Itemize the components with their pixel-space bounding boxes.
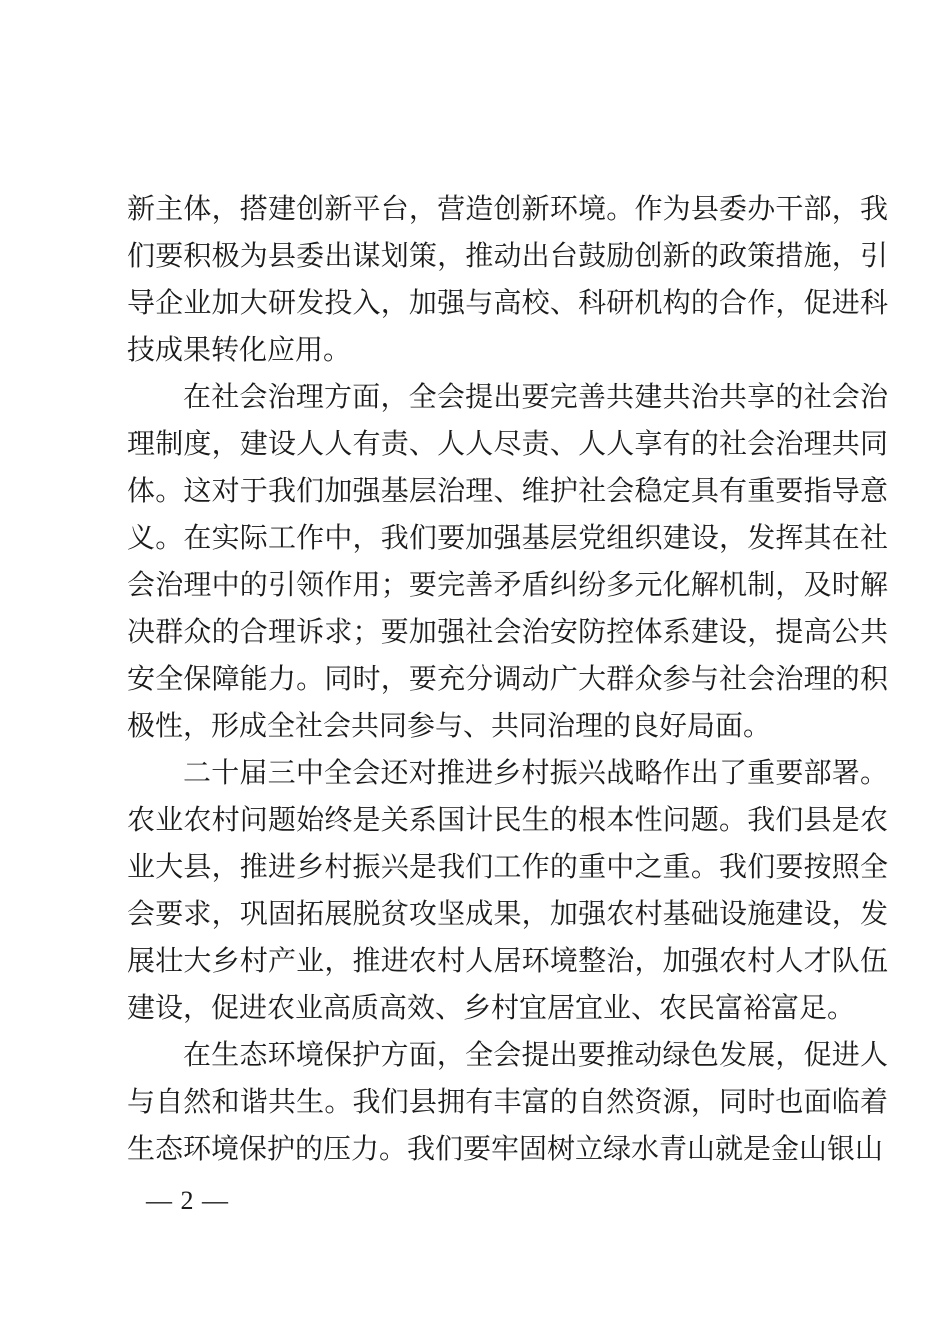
paragraph-2: 在社会治理方面，全会提出要完善共建共治共享的社会治理制度，建设人人有责、人人尽责… xyxy=(127,374,888,750)
page-number: — 2 — xyxy=(146,1186,229,1216)
document-body: 新主体，搭建创新平台，营造创新环境。作为县委办干部，我们要积极为县委出谋划策，推… xyxy=(127,186,888,1173)
document-page: 新主体，搭建创新平台，营造创新环境。作为县委办干部，我们要积极为县委出谋划策，推… xyxy=(0,0,950,1344)
paragraph-4: 在生态环境保护方面，全会提出要推动绿色发展，促进人与自然和谐共生。我们县拥有丰富… xyxy=(127,1032,888,1173)
paragraph-3: 二十届三中全会还对推进乡村振兴战略作出了重要部署。农业农村问题始终是关系国计民生… xyxy=(127,750,888,1032)
paragraph-1: 新主体，搭建创新平台，营造创新环境。作为县委办干部，我们要积极为县委出谋划策，推… xyxy=(127,186,888,374)
